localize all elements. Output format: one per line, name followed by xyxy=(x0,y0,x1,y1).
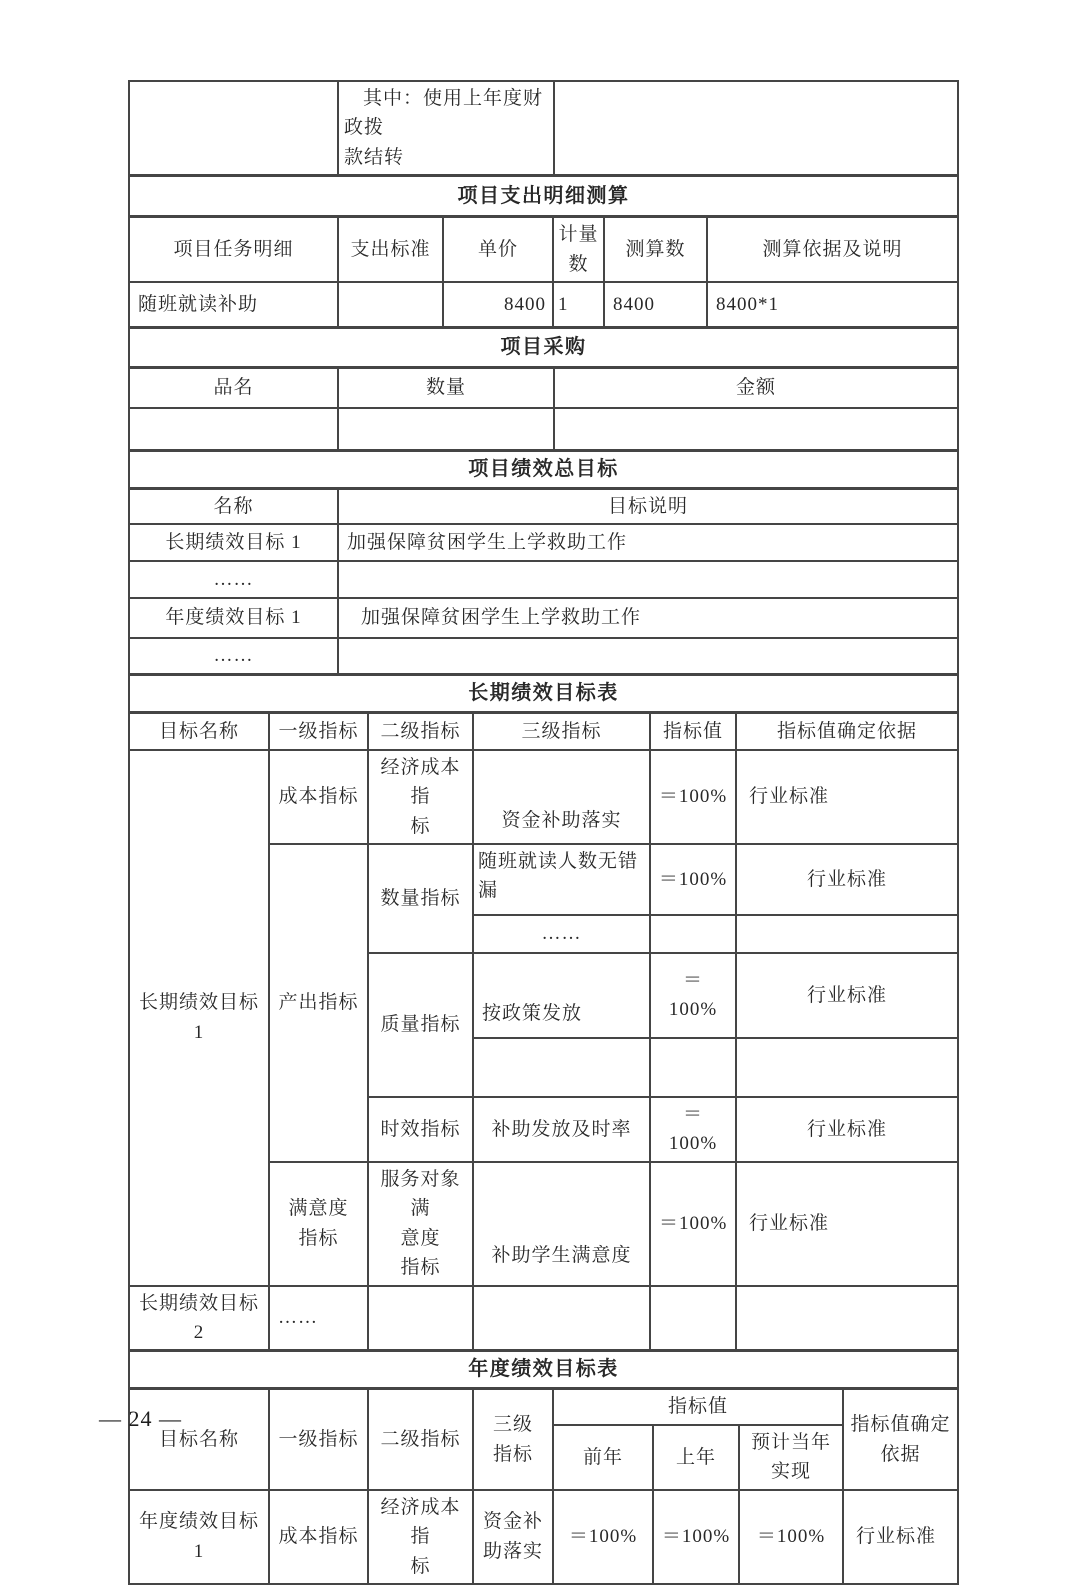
cell-annual-basis: 行业标准 xyxy=(843,1490,958,1584)
empty-cell xyxy=(368,1286,473,1351)
col-header-item-amount: 金额 xyxy=(554,368,958,408)
cell-item-amount xyxy=(554,408,958,450)
cell-annual-goal-name: 年度绩效目标 1 xyxy=(129,1490,269,1584)
table-row: 目标名称 一级指标 二级指标 三级指标 指标值 指标值确定依据 xyxy=(129,713,958,750)
cell-item-quantity xyxy=(338,408,554,450)
empty-cell xyxy=(650,915,736,953)
col-header-value-group: 指标值 xyxy=(553,1389,843,1425)
table-row: 年度绩效目标 1 成本指标 经济成本指 标 资金补 助落实 ＝100% ＝100… xyxy=(129,1490,958,1584)
cell-standard xyxy=(338,282,443,327)
cell-quantity: 1 xyxy=(553,282,604,327)
cell-quantity-level3: 随班就读人数无错漏 xyxy=(473,844,650,915)
cell-goal-name: …… xyxy=(129,638,338,674)
empty-cell xyxy=(473,1038,650,1097)
page-number: — 24 — xyxy=(99,1406,182,1432)
table-row: 项目采购 xyxy=(129,328,958,368)
cell-annual-value-last-year: ＝100% xyxy=(653,1490,739,1584)
cell-annual-value-year-before-last: ＝100% xyxy=(553,1490,653,1584)
cell-goal-description: 加强保障贫困学生上学救助工作 xyxy=(338,598,958,638)
cell-timeliness-value: ＝ 100% xyxy=(650,1097,736,1162)
col-header-quantity: 计量 数 xyxy=(553,217,604,282)
table-row: 项目任务明细 支出标准 单价 计量 数 测算数 测算依据及说明 xyxy=(129,217,958,282)
cell-task: 随班就读补助 xyxy=(129,282,338,327)
table-row: …… xyxy=(129,561,958,598)
cell-goal-description xyxy=(338,638,958,674)
cell-quantity-value: ＝100% xyxy=(650,844,736,915)
col-header-basis: 测算依据及说明 xyxy=(707,217,958,282)
carryover-table: 其中：使用上年度财政拨 款结转 xyxy=(128,80,959,176)
col-header-goal-name: 名称 xyxy=(129,488,338,524)
col-header-value-basis: 指标值确定 依据 xyxy=(843,1389,958,1490)
col-header-level1: 一级指标 xyxy=(269,713,368,750)
col-header-value-basis: 指标值确定依据 xyxy=(736,713,958,750)
col-header-standard: 支出标准 xyxy=(338,217,443,282)
cell-timeliness-level3: 补助发放及时率 xyxy=(473,1097,650,1162)
cell-goal2-level1: …… xyxy=(269,1286,368,1351)
cell-quality-level2: 质量指标 xyxy=(368,953,473,1097)
cell-cost-value: ＝100% xyxy=(650,750,736,844)
table-row: …… xyxy=(129,638,958,674)
cell-output-level1: 产出指标 xyxy=(269,844,368,1162)
table-row: 长期绩效目标表 xyxy=(129,675,958,713)
document-page-body: 其中：使用上年度财政拨 款结转 项目支出明细测算 项目任务明细 支出标准 单价 … xyxy=(128,80,957,1585)
cell-unit-price: 8400 xyxy=(443,282,553,327)
empty-cell xyxy=(650,1286,736,1351)
cell-quantity-ellipsis: …… xyxy=(473,915,650,953)
cell-annual-level3: 资金补 助落实 xyxy=(473,1490,553,1584)
col-header-goal-name: 目标名称 xyxy=(129,713,269,750)
cell-goal2-name: 长期绩效目标 2 xyxy=(129,1286,269,1351)
table-row: 目标名称 一级指标 二级指标 三级 指标 指标值 指标值确定 依据 xyxy=(129,1389,958,1425)
empty-cell xyxy=(554,81,958,175)
overall-goal-section-title: 项目绩效总目标 xyxy=(129,450,958,488)
col-header-level1: 一级指标 xyxy=(269,1389,368,1490)
procurement-table: 项目采购 品名 数量 金额 xyxy=(128,326,959,451)
table-row: 年度绩效目标 1 加强保障贫困学生上学救助工作 xyxy=(129,598,958,638)
cell-goal-name: 年度绩效目标 1 xyxy=(129,598,338,638)
table-row: 名称 目标说明 xyxy=(129,488,958,524)
cell-satisfaction-value: ＝100% xyxy=(650,1162,736,1286)
empty-cell xyxy=(736,1286,958,1351)
cell-basis: 8400*1 xyxy=(707,282,958,327)
cell-quality-level3: 按政策发放 xyxy=(473,953,650,1038)
col-header-level3: 三级指标 xyxy=(473,713,650,750)
expenditure-table: 项目支出明细测算 项目任务明细 支出标准 单价 计量 数 测算数 测算依据及说明… xyxy=(128,174,959,328)
table-row: 长期绩效目标 2 …… xyxy=(129,1286,958,1351)
cell-goal1-name: 长期绩效目标 1 xyxy=(129,750,269,1286)
col-header-year-before-last: 前年 xyxy=(553,1425,653,1490)
cell-annual-level2: 经济成本指 标 xyxy=(368,1490,473,1584)
table-row: 长期绩效目标 1 加强保障贫困学生上学救助工作 xyxy=(129,524,958,561)
cell-goal-description xyxy=(338,561,958,598)
cell-satisfaction-level1: 满意度 指标 xyxy=(269,1162,368,1286)
cell-quality-basis: 行业标准 xyxy=(736,953,958,1038)
expenditure-section-title: 项目支出明细测算 xyxy=(129,176,958,217)
cell-annual-value-expected: ＝100% xyxy=(739,1490,843,1584)
annual-goal-table: 年度绩效目标表 目标名称 一级指标 二级指标 三级 指标 指标值 指标值确定 依… xyxy=(128,1349,959,1585)
cell-timeliness-level2: 时效指标 xyxy=(368,1097,473,1162)
table-row: 项目支出明细测算 xyxy=(129,176,958,217)
cell-annual-level1: 成本指标 xyxy=(269,1490,368,1584)
longterm-goal-table: 长期绩效目标表 目标名称 一级指标 二级指标 三级指标 指标值 指标值确定依据 … xyxy=(128,673,959,1351)
cell-quality-value: ＝ 100% xyxy=(650,953,736,1038)
table-row: 其中：使用上年度财政拨 款结转 xyxy=(129,81,958,175)
table-row: 长期绩效目标 1 成本指标 经济成本指 标 资金补助落实 ＝100% 行业标准 xyxy=(129,750,958,844)
cell-quantity-basis: 行业标准 xyxy=(736,844,958,915)
cell-goal-name: 长期绩效目标 1 xyxy=(129,524,338,561)
table-row: 年度绩效目标表 xyxy=(129,1351,958,1389)
overall-goal-table: 项目绩效总目标 名称 目标说明 长期绩效目标 1 加强保障贫困学生上学救助工作 … xyxy=(128,449,959,676)
cell-satisfaction-level2: 服务对象满 意度 指标 xyxy=(368,1162,473,1286)
table-row: 品名 数量 金额 xyxy=(129,368,958,408)
col-header-level2: 二级指标 xyxy=(368,1389,473,1490)
cell-calculated: 8400 xyxy=(604,282,707,327)
cell-quantity-level2: 数量指标 xyxy=(368,844,473,953)
cell-cost-level1: 成本指标 xyxy=(269,750,368,844)
col-header-goal-description: 目标说明 xyxy=(338,488,958,524)
table-row: 随班就读补助 8400 1 8400 8400*1 xyxy=(129,282,958,327)
cell-goal-name: …… xyxy=(129,561,338,598)
longterm-section-title: 长期绩效目标表 xyxy=(129,675,958,713)
empty-cell xyxy=(473,1286,650,1351)
col-header-level2: 二级指标 xyxy=(368,713,473,750)
empty-cell xyxy=(736,1038,958,1097)
empty-cell xyxy=(129,81,338,175)
cell-cost-basis: 行业标准 xyxy=(736,750,958,844)
cell-satisfaction-basis: 行业标准 xyxy=(736,1162,958,1286)
col-header-value: 指标值 xyxy=(650,713,736,750)
cell-cost-level2: 经济成本指 标 xyxy=(368,750,473,844)
table-row xyxy=(129,408,958,450)
empty-cell xyxy=(650,1038,736,1097)
col-header-level3: 三级 指标 xyxy=(473,1389,553,1490)
col-header-item-name: 品名 xyxy=(129,368,338,408)
cell-satisfaction-level3: 补助学生满意度 xyxy=(473,1162,650,1286)
cell-goal-description: 加强保障贫困学生上学救助工作 xyxy=(338,524,958,561)
empty-cell xyxy=(736,915,958,953)
col-header-item-quantity: 数量 xyxy=(338,368,554,408)
cell-timeliness-basis: 行业标准 xyxy=(736,1097,958,1162)
carryover-label: 其中：使用上年度财政拨 款结转 xyxy=(338,81,554,175)
col-header-task: 项目任务明细 xyxy=(129,217,338,282)
table-row: 项目绩效总目标 xyxy=(129,450,958,488)
annual-section-title: 年度绩效目标表 xyxy=(129,1351,958,1389)
col-header-goal-name: 目标名称 xyxy=(129,1389,269,1490)
col-header-expected-current: 预计当年 实现 xyxy=(739,1425,843,1490)
col-header-calculated: 测算数 xyxy=(604,217,707,282)
col-header-last-year: 上年 xyxy=(653,1425,739,1490)
cell-cost-level3: 资金补助落实 xyxy=(473,750,650,844)
procurement-section-title: 项目采购 xyxy=(129,328,958,368)
cell-item-name xyxy=(129,408,338,450)
col-header-unit-price: 单价 xyxy=(443,217,553,282)
